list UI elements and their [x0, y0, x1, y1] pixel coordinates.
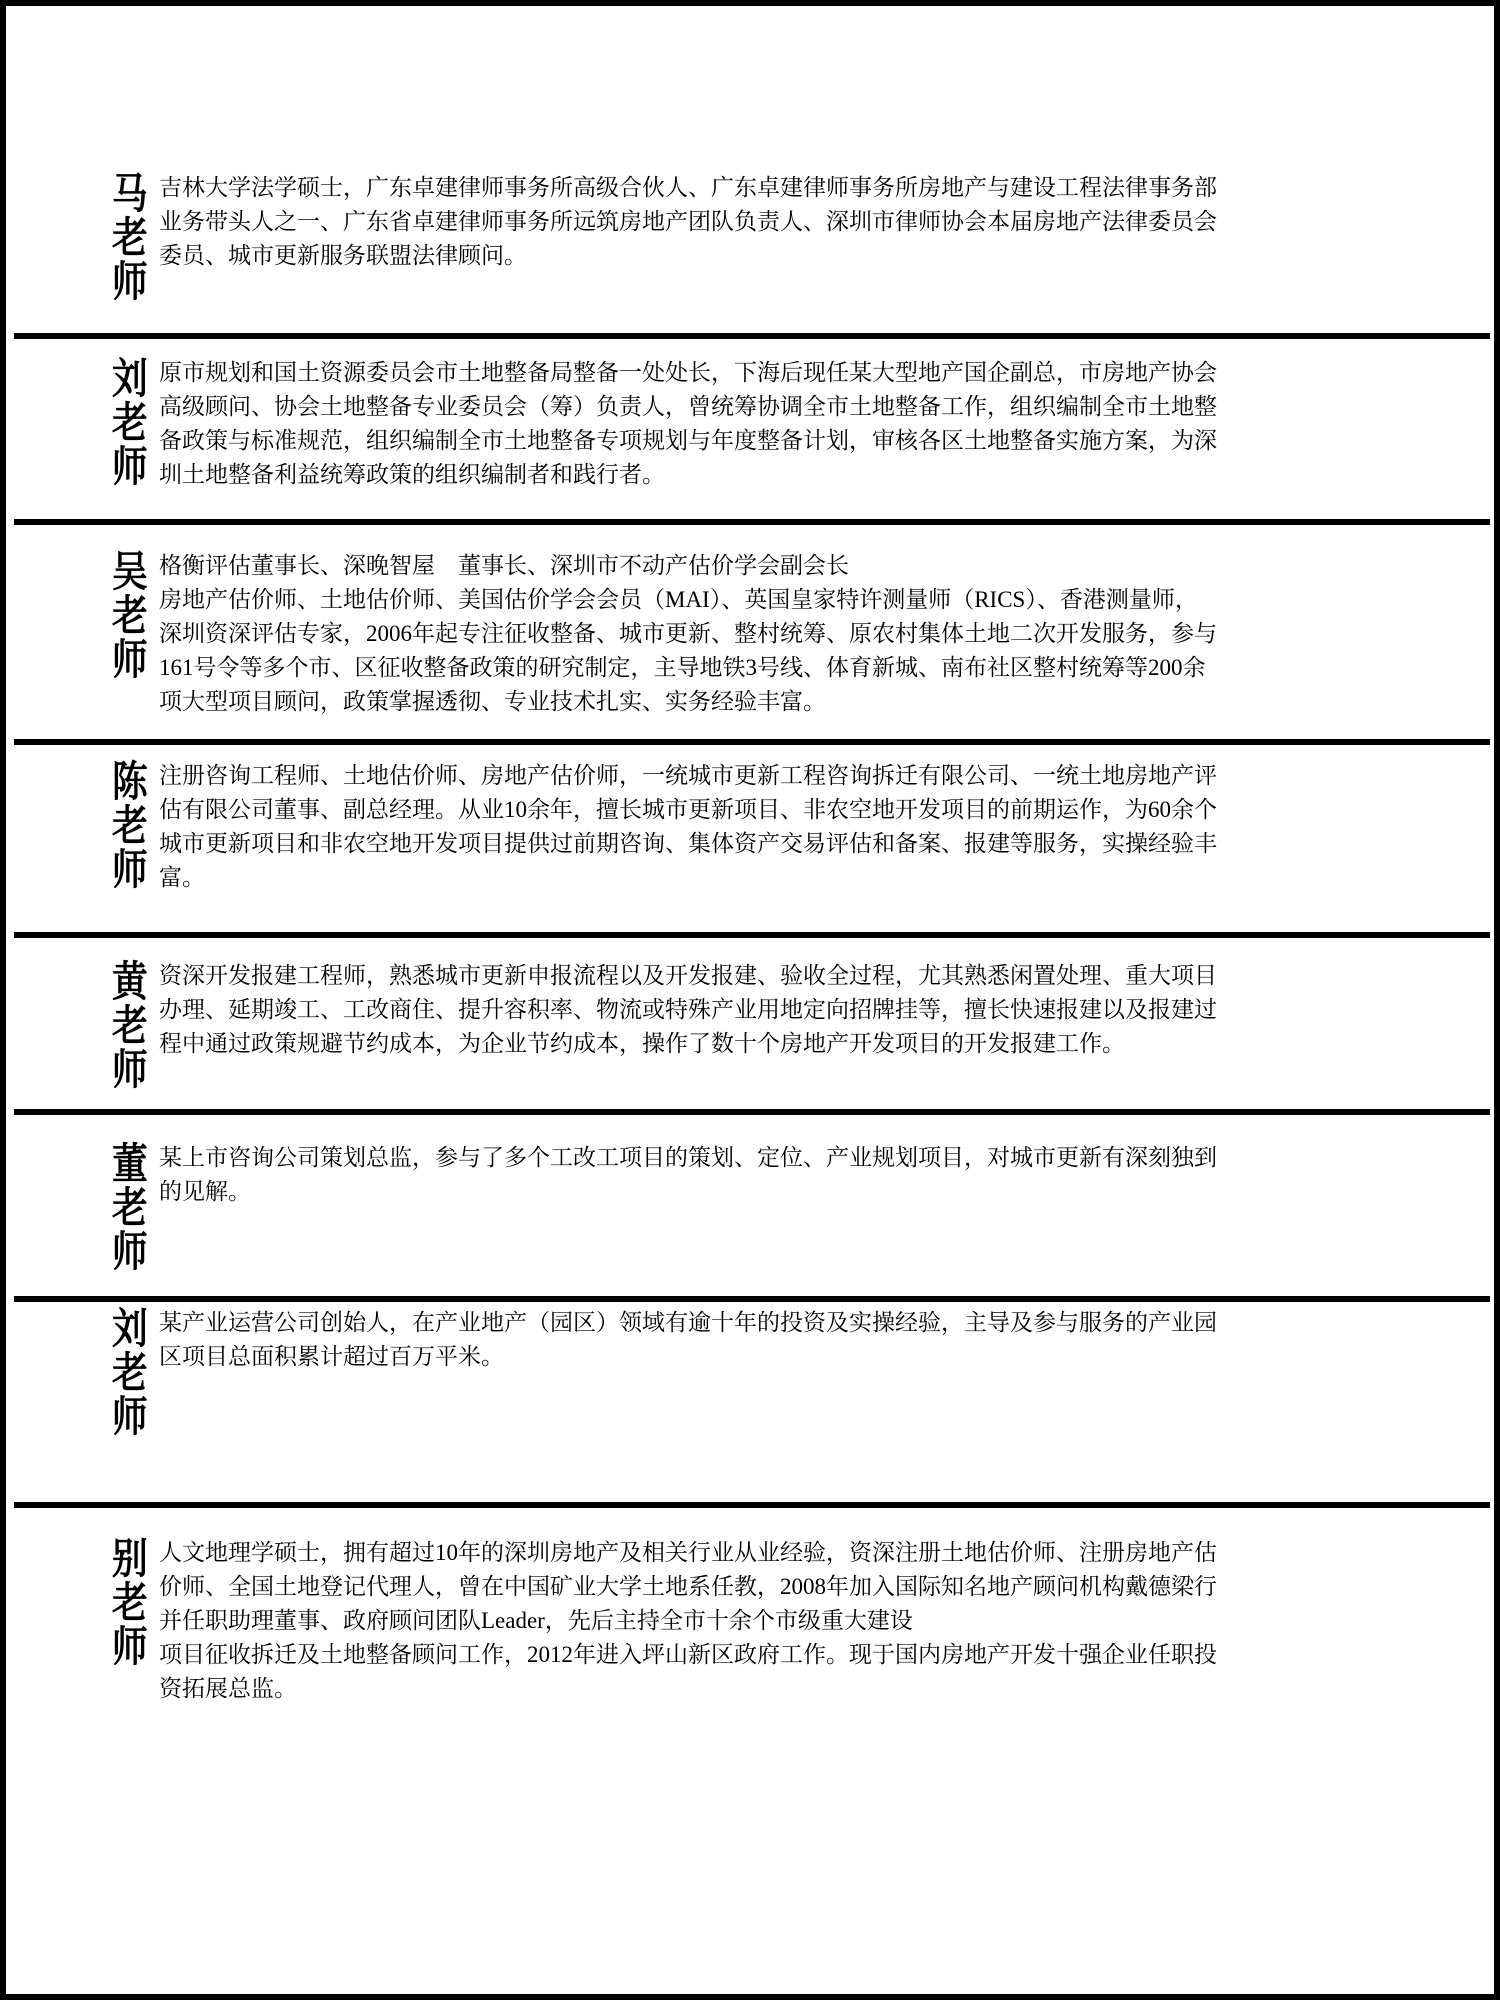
bio-line: 原市规划和国土资源委员会市土地整备局整备一处处长，下海后现任某大型地产国企副总，… [159, 356, 1174, 390]
teacher-section-bie: 别老师 人文地理学硕士，拥有超过10年的深圳房地产及相关行业从业经验，资深注册土… [106, 1536, 1174, 1706]
teacher-name-vertical: 别老师 [106, 1536, 149, 1668]
teacher-name-vertical: 马老师 [106, 171, 149, 303]
teacher-name-vertical: 陈老师 [106, 759, 149, 891]
bio-line: 价师、全国土地登记代理人，曾在中国矿业大学土地系任教，2008年加入国际知名地产… [159, 1570, 1174, 1604]
teacher-bio: 原市规划和国土资源委员会市土地整备局整备一处处长，下海后现任某大型地产国企副总，… [159, 356, 1174, 492]
bio-line: 城市更新项目和非农空地开发项目提供过前期咨询、集体资产交易评估和备案、报建等服务… [159, 827, 1174, 861]
teacher-bio: 格衡评估董事长、深晚智屋 董事长、深圳市不动产估价学会副会长 房地产估价师、土地… [159, 549, 1174, 719]
bio-line: 某上市咨询公司策划总监，参与了多个工改工项目的策划、定位、产业规划项目，对城市更… [159, 1141, 1174, 1175]
teacher-name-vertical: 黄老师 [106, 959, 149, 1091]
teacher-bio: 某产业运营公司创始人，在产业地产（园区）领域有逾十年的投资及实操经验，主导及参与… [159, 1306, 1174, 1374]
bio-line: 业务带头人之一、广东省卓建律师事务所远筑房地产团队负责人、深圳市律师协会本届房地… [159, 205, 1174, 239]
document-page: 马老师 吉林大学法学硕士，广东卓建律师事务所高级合伙人、广东卓建律师事务所房地产… [0, 0, 1500, 2000]
bio-line: 人文地理学硕士，拥有超过10年的深圳房地产及相关行业从业经验，资深注册土地估价师… [159, 1536, 1174, 1570]
bio-line: 高级顾问、协会土地整备专业委员会（筹）负责人，曾统筹协调全市土地整备工作，组织编… [159, 390, 1174, 424]
teacher-section-ma: 马老师 吉林大学法学硕士，广东卓建律师事务所高级合伙人、广东卓建律师事务所房地产… [106, 171, 1174, 303]
section-divider [14, 932, 1490, 938]
bio-line: 深圳资深评估专家，2006年起专注征收整备、城市更新、整村统筹、原农村集体土地二… [159, 617, 1174, 651]
bio-line: 委员、城市更新服务联盟法律顾问。 [159, 239, 1174, 273]
teacher-bio: 注册咨询工程师、土地估价师、房地产估价师，一统城市更新工程咨询拆迁有限公司、一统… [159, 759, 1174, 895]
bio-line: 房地产估价师、土地估价师、美国估价学会会员（MAI）、英国皇家特许测量师（RIC… [159, 583, 1174, 617]
teacher-section-wu: 吴老师 格衡评估董事长、深晚智屋 董事长、深圳市不动产估价学会副会长 房地产估价… [106, 549, 1174, 719]
bio-line: 某产业运营公司创始人，在产业地产（园区）领域有逾十年的投资及实操经验，主导及参与… [159, 1306, 1174, 1340]
teacher-name-vertical: 吴老师 [106, 549, 149, 681]
bio-line: 圳土地整备利益统筹政策的组织编制者和践行者。 [159, 458, 1174, 492]
bio-line: 格衡评估董事长、深晚智屋 董事长、深圳市不动产估价学会副会长 [159, 549, 1174, 583]
bio-line: 资深开发报建工程师，熟悉城市更新申报流程以及开发报建、验收全过程，尤其熟悉闲置处… [159, 959, 1174, 993]
teacher-name-vertical: 刘老师 [106, 356, 149, 488]
section-divider [14, 1502, 1490, 1508]
bio-line: 备政策与标准规范，组织编制全市土地整备专项规划与年度整备计划，审核各区土地整备实… [159, 424, 1174, 458]
bio-line: 并任职助理董事、政府顾问团队Leader，先后主持全市十余个市级重大建设 [159, 1604, 1174, 1638]
section-divider [14, 333, 1490, 339]
bio-line: 程中通过政策规避节约成本，为企业节约成本，操作了数十个房地产开发项目的开发报建工… [159, 1027, 1174, 1061]
teacher-section-dong: 董老师 某上市咨询公司策划总监，参与了多个工改工项目的策划、定位、产业规划项目，… [106, 1141, 1174, 1273]
bio-line: 富。 [159, 861, 1174, 895]
section-divider [14, 1296, 1490, 1302]
section-divider [14, 519, 1490, 525]
teacher-bio: 资深开发报建工程师，熟悉城市更新申报流程以及开发报建、验收全过程，尤其熟悉闲置处… [159, 959, 1174, 1061]
teacher-bio: 某上市咨询公司策划总监，参与了多个工改工项目的策划、定位、产业规划项目，对城市更… [159, 1141, 1174, 1209]
section-divider [14, 739, 1490, 745]
bio-line: 办理、延期竣工、工改商住、提升容积率、物流或特殊产业用地定向招牌挂等，擅长快速报… [159, 993, 1174, 1027]
teacher-section-liu-1: 刘老师 原市规划和国土资源委员会市土地整备局整备一处处长，下海后现任某大型地产国… [106, 356, 1174, 492]
bio-line: 项目征收拆迁及土地整备顾问工作，2012年进入坪山新区政府工作。现于国内房地产开… [159, 1638, 1174, 1672]
teacher-name-vertical: 刘老师 [106, 1306, 149, 1438]
bio-line: 吉林大学法学硕士，广东卓建律师事务所高级合伙人、广东卓建律师事务所房地产与建设工… [159, 171, 1174, 205]
section-divider [14, 1109, 1490, 1115]
teacher-name-vertical: 董老师 [106, 1141, 149, 1273]
teacher-bio: 吉林大学法学硕士，广东卓建律师事务所高级合伙人、广东卓建律师事务所房地产与建设工… [159, 171, 1174, 273]
bio-line: 注册咨询工程师、土地估价师、房地产估价师，一统城市更新工程咨询拆迁有限公司、一统… [159, 759, 1174, 793]
bio-line: 的见解。 [159, 1175, 1174, 1209]
teacher-section-chen: 陈老师 注册咨询工程师、土地估价师、房地产估价师，一统城市更新工程咨询拆迁有限公… [106, 759, 1174, 895]
bio-line: 161号令等多个市、区征收整备政策的研究制定，主导地铁3号线、体育新城、南布社区… [159, 651, 1174, 685]
bio-line: 项大型项目顾问，政策掌握透彻、专业技术扎实、实务经验丰富。 [159, 685, 1174, 719]
bio-line: 资拓展总监。 [159, 1672, 1174, 1706]
bio-line: 区项目总面积累计超过百万平米。 [159, 1340, 1174, 1374]
bio-line: 估有限公司董事、副总经理。从业10余年，擅长城市更新项目、非农空地开发项目的前期… [159, 793, 1174, 827]
teacher-section-liu-2: 刘老师 某产业运营公司创始人，在产业地产（园区）领域有逾十年的投资及实操经验，主… [106, 1306, 1174, 1438]
teacher-bio: 人文地理学硕士，拥有超过10年的深圳房地产及相关行业从业经验，资深注册土地估价师… [159, 1536, 1174, 1706]
teacher-section-huang: 黄老师 资深开发报建工程师，熟悉城市更新申报流程以及开发报建、验收全过程，尤其熟… [106, 959, 1174, 1091]
